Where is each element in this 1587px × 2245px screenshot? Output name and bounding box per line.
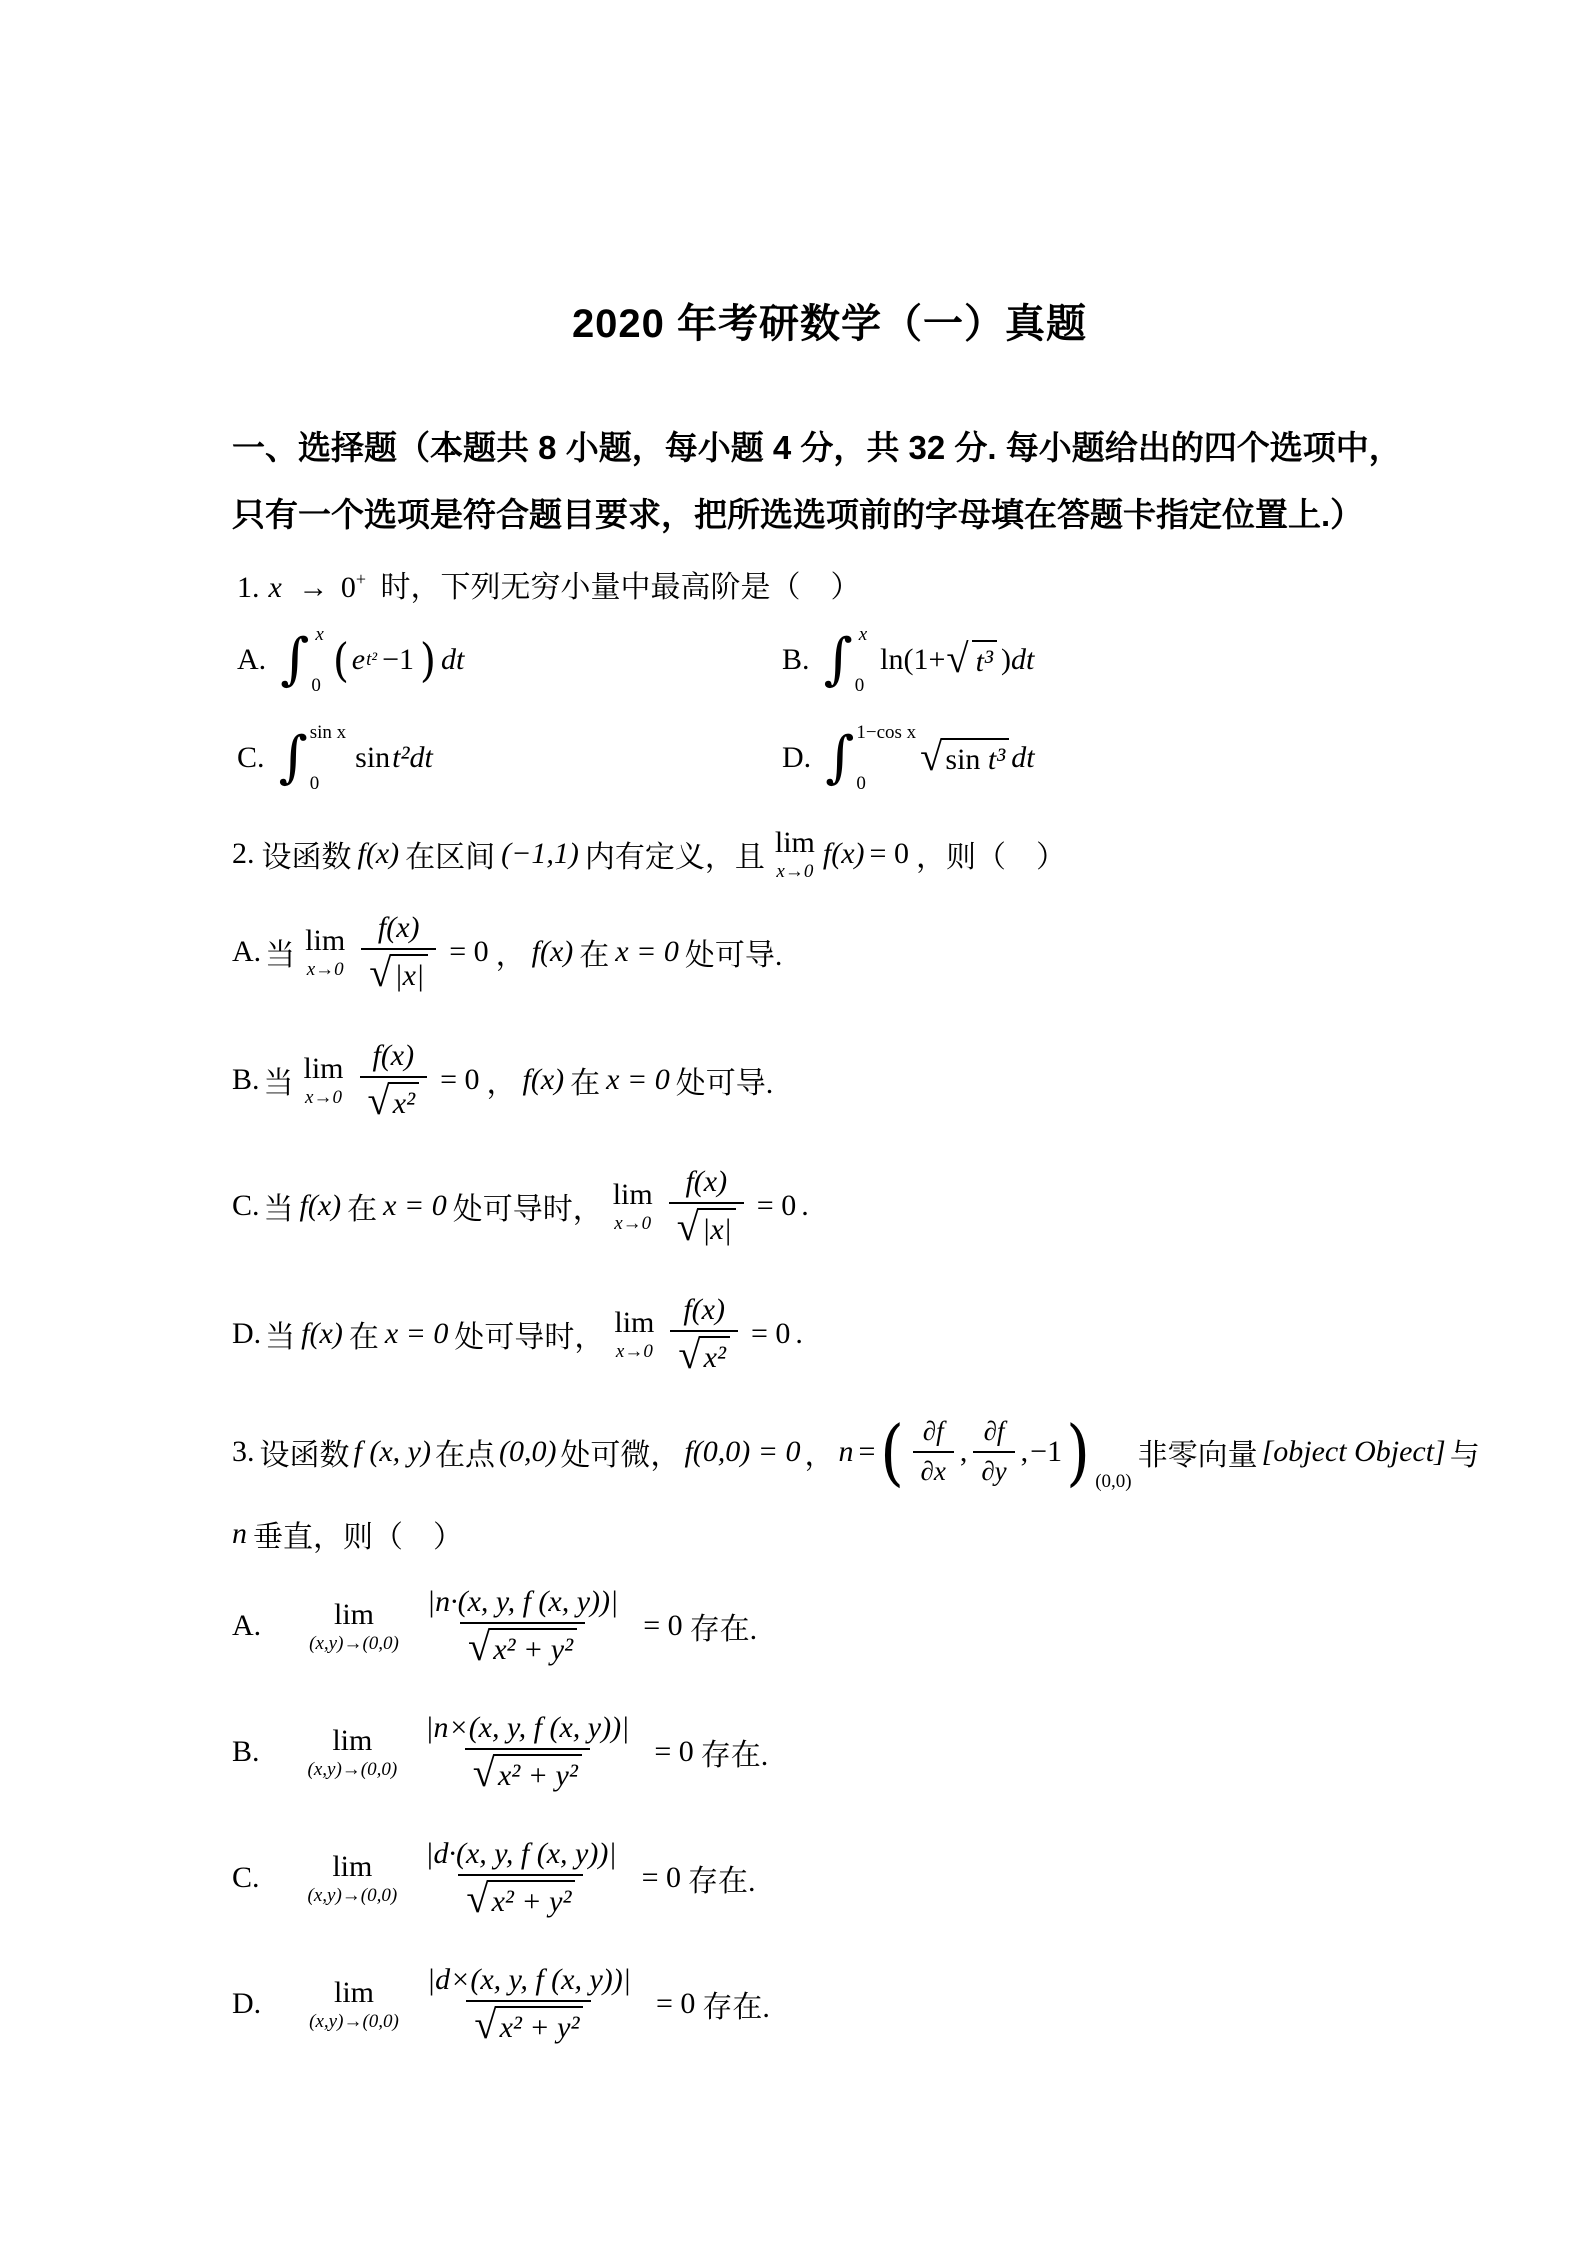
- question-3-stem-line-2: n 垂直，则（ ）: [232, 1512, 1427, 1556]
- partial-fraction: ∂f ∂x: [909, 1417, 958, 1486]
- option-text: ，: [487, 1058, 517, 1102]
- question-2-number: 2.: [232, 837, 255, 871]
- fraction: f(x) √ |x|: [361, 911, 436, 994]
- question-2-option-a: A. 当 lim x→0 f(x) √ |x| = 0 ， f(x) 在 x =…: [232, 898, 1427, 1006]
- question-3-stem: 3. 设函数 f (x, y) 在点 (0,0) 处可微， f(0,0) = 0…: [232, 1400, 1427, 1504]
- sqrt-body: x² + y²: [494, 1754, 582, 1794]
- question-2-option-c: C. 当 f(x) 在 x = 0 处可导时， lim x→0 f(x) √ |…: [232, 1152, 1427, 1260]
- math-vector-d: [object Object]: [1262, 1435, 1446, 1469]
- sqrt-body: x²: [389, 1082, 419, 1122]
- math-t-squared: t²: [392, 741, 409, 775]
- stem-text: 非零向量: [1138, 1430, 1258, 1474]
- math-dt: dt: [1011, 741, 1034, 775]
- period: .: [795, 1317, 803, 1351]
- limit-word: lim: [613, 1180, 653, 1210]
- limit-subscript: (x,y)→(0,0): [309, 1634, 399, 1653]
- square-root: √ x² + y²: [474, 2006, 583, 2046]
- question-3-option-b: B. lim (x,y)→(0,0) |n×(x, y, f (x, y))| …: [232, 1696, 1427, 1808]
- question-3-option-c: C. lim (x,y)→(0,0) |d·(x, y, f (x, y))| …: [232, 1822, 1427, 1934]
- square-root: √ |x|: [677, 1208, 736, 1248]
- stem-text: 垂直，则（ ）: [253, 1512, 463, 1556]
- integral: ∫ x 0: [280, 623, 328, 697]
- sqrt-sign: √: [677, 1208, 699, 1246]
- sqrt-sign: √: [368, 1082, 390, 1120]
- question-1-text: 时，下列无穷小量中最高阶是（ ）: [380, 571, 860, 604]
- math-minus-one: −1: [382, 643, 414, 677]
- sqrt-sign: √: [369, 954, 391, 992]
- fraction: f(x) √ x²: [360, 1039, 428, 1122]
- limit-operator: lim x→0: [775, 828, 815, 881]
- question-1-option-b: B. ∫ x 0 ln(1+ √ t³ ) dt: [777, 623, 1034, 697]
- integral: ∫ x 0: [824, 623, 872, 697]
- stem-text: 处可微，: [560, 1430, 680, 1474]
- math-close-paren: ): [1001, 643, 1011, 677]
- limit-operator: lim (x,y)→(0,0): [308, 1852, 398, 1905]
- option-text: 存在.: [690, 1604, 758, 1648]
- stem-text: 与: [1450, 1430, 1480, 1474]
- sqrt-body: sin t³: [941, 738, 1009, 778]
- math-equals-zero: = 0: [654, 1735, 693, 1769]
- section-heading: 一、选择题（本题共 8 小题，每小题 4 分，共 32 分. 每小题给出的四个选…: [232, 414, 1427, 548]
- math-var-x: x: [269, 571, 282, 604]
- option-text: 处可导时，: [453, 1184, 603, 1228]
- limit-subscript: (x,y)→(0,0): [308, 1760, 398, 1779]
- integral-lower-limit: 0: [311, 676, 327, 695]
- question-1-option-a: A. ∫ x 0 ( et² −1 ) dt: [232, 623, 777, 697]
- sqrt-sign: √: [678, 1336, 700, 1374]
- math-equals-zero: = 0: [449, 935, 488, 969]
- limit-operator: lim (x,y)→(0,0): [309, 1600, 399, 1653]
- sqrt-body: x² + y²: [489, 1628, 577, 1668]
- option-b-label: B.: [232, 1063, 260, 1097]
- option-text: 当: [265, 1312, 295, 1356]
- math-dt: dt: [441, 643, 464, 677]
- math-equals-zero: = 0: [870, 837, 909, 871]
- page: 2020 年考研数学（一）真题 一、选择题（本题共 8 小题，每小题 4 分，共…: [0, 0, 1587, 2245]
- limit-operator: lim (x,y)→(0,0): [308, 1726, 398, 1779]
- math-sin: sin: [945, 743, 980, 776]
- square-root: √ x² + y²: [468, 1628, 577, 1668]
- math-dt: dt: [410, 741, 433, 775]
- limit-subscript: x→0: [307, 960, 344, 979]
- limit-subscript: x→0: [614, 1214, 651, 1233]
- integral-sign: ∫: [824, 629, 853, 691]
- fraction-denominator: √ x² + y²: [465, 1748, 590, 1794]
- fraction: |d×(x, y, f (x, y))| √ x² + y²: [415, 1963, 643, 2046]
- fraction-numerator: f(x): [364, 1039, 422, 1076]
- option-text: 存在.: [702, 1982, 770, 2026]
- fraction-numerator: |n·(x, y, f (x, y))|: [419, 1585, 626, 1622]
- sqrt-sign: √: [473, 1754, 495, 1792]
- square-root: √ x² + y²: [466, 1880, 575, 1920]
- math-point: (0,0): [499, 1435, 556, 1469]
- limit-subscript: x→0: [616, 1342, 653, 1361]
- option-d-label: D.: [782, 741, 811, 775]
- limit-subscript: x→0: [305, 1088, 342, 1107]
- integral-lower-limit: 0: [855, 676, 871, 695]
- sqrt-sign: √: [468, 1628, 490, 1666]
- option-text: 当: [264, 1058, 294, 1102]
- limit-operator: lim x→0: [614, 1308, 654, 1361]
- limit-word: lim: [334, 1600, 374, 1630]
- fraction-numerator: ∂f: [976, 1417, 1013, 1451]
- option-text: 在: [347, 1184, 377, 1228]
- fraction-numerator: f(x): [677, 1165, 735, 1202]
- fraction: |d·(x, y, f (x, y))| √ x² + y²: [413, 1837, 628, 1920]
- big-paren-left: (: [881, 1438, 905, 1467]
- option-text: 在: [570, 1058, 600, 1102]
- sqrt-sign: √: [946, 640, 968, 678]
- zero: 0: [341, 571, 356, 604]
- square-root: √ x²: [678, 1336, 730, 1376]
- limit-operator: lim x→0: [613, 1180, 653, 1233]
- math-vector-n: n: [839, 1435, 854, 1469]
- limit-operator: lim x→0: [304, 1054, 344, 1107]
- math-x-equals-zero: x = 0: [606, 1063, 670, 1097]
- question-2-stem: 2. 设函数 f(x) 在区间 (−1,1) 内有定义，且 lim x→0 f(…: [232, 822, 1427, 886]
- sqrt-sign: √: [920, 738, 942, 776]
- math-equals-zero: = 0: [656, 1987, 695, 2021]
- sqrt-body: |x|: [390, 954, 428, 994]
- integral-limits: x 0: [855, 623, 871, 697]
- integral-lower-limit: 0: [310, 774, 346, 793]
- limit-subscript: (x,y)→(0,0): [308, 1886, 398, 1905]
- evaluated-at-subscript: (0,0): [1095, 1471, 1131, 1493]
- option-b-label: B.: [782, 643, 810, 677]
- sqrt-body: |x|: [698, 1208, 736, 1248]
- question-1-option-d: D. ∫ 1−cos x 0 √ sin t³ dt: [777, 721, 1039, 795]
- option-a-label: A.: [237, 643, 266, 677]
- option-text: 在: [579, 930, 609, 974]
- math-equals-zero: = 0: [751, 1317, 790, 1351]
- fraction-denominator: √ x² + y²: [466, 2000, 591, 2046]
- stem-text: ，: [805, 1430, 835, 1474]
- document-title: 2020 年考研数学（一）真题: [232, 300, 1427, 348]
- option-text: 存在.: [688, 1856, 756, 1900]
- fraction-numerator: f(x): [370, 911, 428, 948]
- integral-lower-limit: 0: [856, 774, 916, 793]
- option-text: 存在.: [701, 1730, 769, 1774]
- fraction: |n·(x, y, f (x, y))| √ x² + y²: [415, 1585, 630, 1668]
- math-equals-zero: = 0: [440, 1063, 479, 1097]
- option-d-label: D.: [232, 1987, 261, 2021]
- option-b-label: B.: [232, 1735, 260, 1769]
- math-f-x: f(x): [358, 837, 400, 871]
- stem-text: 设函数: [262, 832, 352, 876]
- integral-upper-limit: x: [859, 625, 867, 644]
- math-interval: (−1,1): [501, 837, 579, 871]
- option-text: ，: [496, 930, 526, 974]
- math-f-00: f(0,0) = 0: [684, 1435, 800, 1469]
- fraction-numerator: ∂f: [915, 1417, 952, 1451]
- math-t-cubed: t³: [988, 743, 1005, 776]
- option-text: 当: [265, 930, 295, 974]
- stem-text: 在点: [435, 1430, 495, 1474]
- math-x-equals-zero: x = 0: [615, 935, 679, 969]
- superscript-plus: +: [356, 569, 366, 589]
- question-1-number: 1.: [237, 571, 260, 604]
- math-equals-zero: = 0: [642, 1861, 681, 1895]
- integral-upper-limit: 1−cos x: [856, 723, 916, 742]
- math-f-x: f(x): [301, 1317, 343, 1351]
- sqrt-body: t³: [972, 640, 997, 680]
- fraction-numerator: f(x): [675, 1293, 733, 1330]
- math-base-e: e: [352, 643, 365, 677]
- math-f-x: f(x): [823, 837, 865, 871]
- fraction-denominator: √ |x|: [361, 948, 436, 994]
- sqrt-body: x² + y²: [496, 2006, 584, 2046]
- integral-limits: sin x 0: [310, 721, 346, 795]
- stem-text: 设函数: [260, 1430, 350, 1474]
- square-root: √ sin t³: [920, 738, 1009, 778]
- section-heading-line2: 只有一个选项是符合题目要求，把所选选项前的字母填在答题卡指定位置上.）: [232, 481, 1427, 548]
- section-heading-line1: 一、选择题（本题共 8 小题，每小题 4 分，共 32 分. 每小题给出的四个选…: [232, 414, 1427, 481]
- fraction-numerator: |d·(x, y, f (x, y))|: [417, 1837, 624, 1874]
- integral-upper-limit: x: [315, 625, 323, 644]
- question-1-options-row-2: C. ∫ sin x 0 sin t² dt D. ∫ 1−cos x 0: [232, 714, 1427, 802]
- question-1-options-row-1: A. ∫ x 0 ( et² −1 ) dt B. ∫ x 0: [232, 616, 1427, 704]
- math-x-equals-zero: x = 0: [383, 1189, 447, 1223]
- option-a-label: A.: [232, 935, 261, 969]
- integral: ∫ sin x 0: [279, 721, 347, 795]
- option-text: 处可导.: [685, 930, 783, 974]
- limit-word: lim: [334, 1978, 374, 2008]
- math-sin: sin: [355, 741, 390, 775]
- equals-sign: =: [859, 1435, 876, 1469]
- integral: ∫ 1−cos x 0: [825, 721, 916, 795]
- limit-word: lim: [614, 1308, 654, 1338]
- fraction-numerator: |n×(x, y, f (x, y))|: [417, 1711, 637, 1748]
- integral-sign: ∫: [280, 629, 309, 691]
- comma: ,: [960, 1435, 968, 1469]
- option-text: 在: [349, 1312, 379, 1356]
- sqrt-sign: √: [466, 1880, 488, 1918]
- sqrt-body: x² + y²: [488, 1880, 576, 1920]
- question-1-option-c: C. ∫ sin x 0 sin t² dt: [232, 721, 777, 795]
- option-text: 处可导时，: [454, 1312, 604, 1356]
- fraction: f(x) √ x²: [670, 1293, 738, 1376]
- sqrt-sign: √: [474, 2006, 496, 2044]
- limit-word: lim: [775, 828, 815, 858]
- question-2-option-b: B. 当 lim x→0 f(x) √ x² = 0 ， f(x) 在 x = …: [232, 1026, 1427, 1134]
- stem-text: 内有定义，且: [585, 832, 765, 876]
- limit-word: lim: [332, 1852, 372, 1882]
- stem-text: ，则（ ）: [916, 832, 1066, 876]
- math-dt: dt: [1011, 643, 1034, 677]
- question-3-option-d: D. lim (x,y)→(0,0) |d×(x, y, f (x, y))| …: [232, 1948, 1427, 2060]
- math-x-equals-zero: x = 0: [385, 1317, 449, 1351]
- option-text: 处可导.: [676, 1058, 774, 1102]
- math-zero-plus: 0+: [341, 571, 366, 604]
- math-f-xy: f (x, y): [354, 1435, 431, 1469]
- math-ln-prefix: ln(1+: [880, 643, 945, 677]
- fraction-denominator: ∂x: [913, 1451, 954, 1487]
- math-f-x: f(x): [523, 1063, 565, 1097]
- square-root: √ x²: [368, 1082, 420, 1122]
- math-equals-zero: = 0: [643, 1609, 682, 1643]
- option-d-label: D.: [232, 1317, 261, 1351]
- integral-sign: ∫: [279, 727, 308, 789]
- question-1-stem: 1.x → 0+ 时，下列无穷小量中最高阶是（ ）: [232, 562, 1427, 606]
- big-paren-right: ): [1066, 1438, 1090, 1467]
- math-f-x: f(x): [300, 1189, 342, 1223]
- integral-sign: ∫: [825, 727, 854, 789]
- fraction: |n×(x, y, f (x, y))| √ x² + y²: [413, 1711, 641, 1794]
- comma: ,: [1021, 1435, 1029, 1469]
- fraction-denominator: ∂y: [973, 1451, 1014, 1487]
- period: .: [801, 1189, 809, 1223]
- square-root: √ t³: [946, 640, 1001, 680]
- math-exponent: t²: [366, 649, 377, 671]
- limit-subscript: (x,y)→(0,0): [309, 2012, 399, 2031]
- math-vector-n: n: [232, 1517, 247, 1551]
- big-paren-left: (: [333, 651, 349, 669]
- option-a-label: A.: [232, 1609, 261, 1643]
- math-f-x: f(x): [532, 935, 574, 969]
- sqrt-body: x²: [700, 1336, 730, 1376]
- square-root: √ x² + y²: [473, 1754, 582, 1794]
- option-c-label: C.: [237, 741, 265, 775]
- square-root: √ |x|: [369, 954, 428, 994]
- option-c-label: C.: [232, 1861, 260, 1895]
- math-equals-zero: = 0: [757, 1189, 796, 1223]
- option-c-label: C.: [232, 1189, 260, 1223]
- integral-limits: 1−cos x 0: [856, 721, 916, 795]
- limit-word: lim: [305, 926, 345, 956]
- fraction-denominator: √ x²: [670, 1330, 738, 1376]
- math-minus-one: −1: [1030, 1435, 1062, 1469]
- integral-limits: x 0: [311, 623, 327, 697]
- stem-text: 在区间: [405, 832, 495, 876]
- limit-operator: lim (x,y)→(0,0): [309, 1978, 399, 2031]
- big-paren-right: ): [420, 651, 436, 669]
- limit-subscript: x→0: [776, 862, 813, 881]
- fraction-numerator: |d×(x, y, f (x, y))|: [419, 1963, 639, 2000]
- question-3-option-a: A. lim (x,y)→(0,0) |n·(x, y, f (x, y))| …: [232, 1570, 1427, 1682]
- arrow-symbol: →: [298, 571, 328, 604]
- limit-word: lim: [304, 1054, 344, 1084]
- limit-word: lim: [332, 1726, 372, 1756]
- fraction-denominator: √ |x|: [669, 1202, 744, 1248]
- fraction-denominator: √ x²: [360, 1076, 428, 1122]
- question-2-option-d: D. 当 f(x) 在 x = 0 处可导时， lim x→0 f(x) √ x…: [232, 1280, 1427, 1388]
- fraction: f(x) √ |x|: [669, 1165, 744, 1248]
- integral-upper-limit: sin x: [310, 723, 346, 742]
- fraction-denominator: √ x² + y²: [458, 1874, 583, 1920]
- limit-operator: lim x→0: [305, 926, 345, 979]
- partial-fraction: ∂f ∂y: [969, 1417, 1018, 1486]
- question-3-number: 3.: [232, 1435, 255, 1469]
- option-text: 当: [264, 1184, 294, 1228]
- fraction-denominator: √ x² + y²: [460, 1622, 585, 1668]
